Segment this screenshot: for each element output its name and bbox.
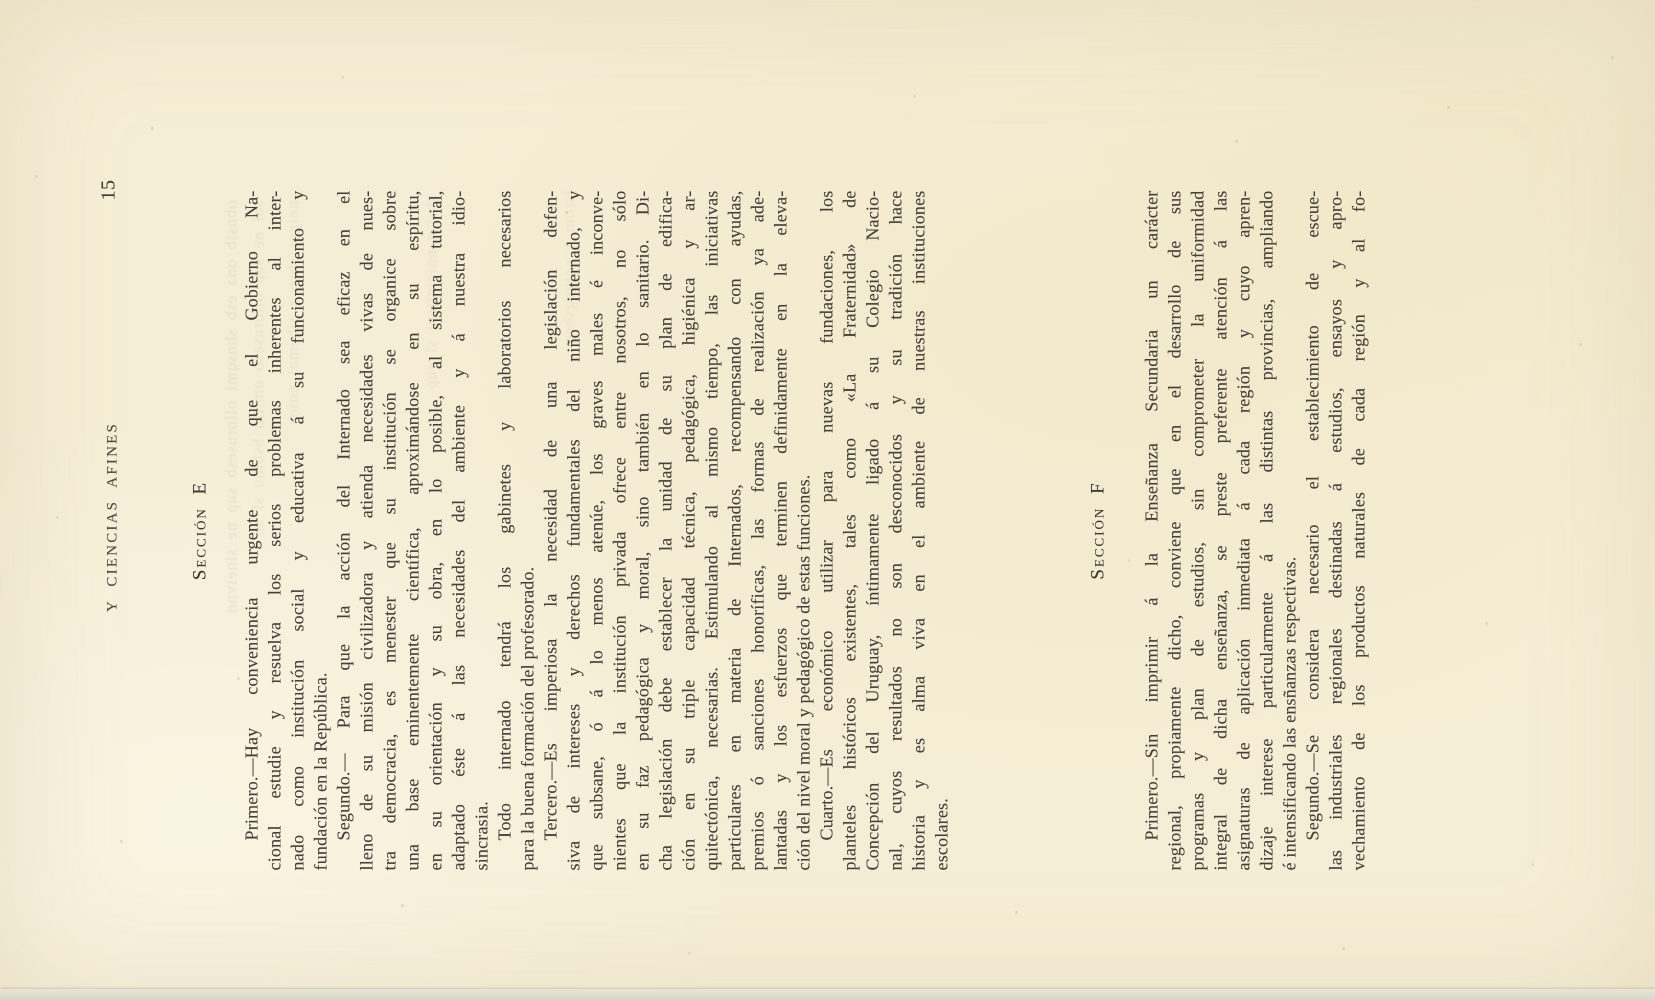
text-line: en su orientación y su obra, en lo posib… xyxy=(424,190,447,870)
scan-edge xyxy=(0,989,1655,1000)
text-line: premios ó sanciones honoríficas, las for… xyxy=(746,190,769,870)
page-number: 15 xyxy=(97,179,120,200)
running-head: Y CIENCIAS AFINES 15 xyxy=(104,185,134,870)
text-line: Segundo.—Se considera necesario el estab… xyxy=(1301,190,1324,870)
text-line: para la buena formación del profesorado. xyxy=(516,190,539,870)
text-line: programas y plan de estudios, sin compro… xyxy=(1186,190,1209,870)
text-line: escolares. xyxy=(930,190,953,870)
section-heading: Sección E xyxy=(188,190,212,870)
text-line: Todo internado tendrá los gabinetes y la… xyxy=(493,190,516,870)
text-line: en su faz pedagógica y moral, sino tambi… xyxy=(631,190,654,870)
text-line: sincrasia. xyxy=(470,190,493,870)
text-line: siva de intereses y derechos fundamental… xyxy=(562,190,585,870)
text-line: historia y es alma viva en el ambiente d… xyxy=(907,190,930,870)
text-line: vechamiento de los productos naturales d… xyxy=(1347,190,1370,870)
text-line: Tercero.—Es imperiosa la necesidad de un… xyxy=(539,190,562,870)
text-line: cional estudie y resuelva los serios pro… xyxy=(263,190,286,870)
text-line: asignaturas de aplicación inmediata á ca… xyxy=(1232,190,1255,870)
text-line: lleno de su misión civilizadora y atiend… xyxy=(355,190,378,870)
book-page: Y CIENCIAS AFINES 15 obnsib ona esb sbns… xyxy=(0,0,1655,1000)
text-line: ción del nivel moral y pedagógico de est… xyxy=(792,190,815,870)
text-line: adaptado éste á las necesidades del ambi… xyxy=(447,190,470,870)
text-line: que subsane, ó á lo menos atenúe, los gr… xyxy=(585,190,608,870)
text-line: particulares en materia de Internados, r… xyxy=(723,190,746,870)
section-body: Primero.—Hay conveniencia urgente de que… xyxy=(240,190,953,870)
section-body: Primero.—Sin imprimir á la Enseñanza Sec… xyxy=(1140,190,1370,870)
text-line: é intensificando las ensñanzas respectiv… xyxy=(1278,190,1301,870)
text-line: Primero.—Sin imprimir á la Enseñanza Sec… xyxy=(1140,190,1163,870)
text-line: nado como institución social y educativa… xyxy=(286,190,309,870)
text-line: fundación en la República. xyxy=(309,190,332,870)
text-line: Primero.—Hay conveniencia urgente de que… xyxy=(240,190,263,870)
section-e: Sección E Primero.—Hay conveniencia urge… xyxy=(188,190,953,870)
text-line: ción en su triple capacidad técnica, ped… xyxy=(677,190,700,870)
text-line: planteles históricos existentes, tales c… xyxy=(838,190,861,870)
running-head-title: Y CIENCIAS AFINES xyxy=(104,185,121,870)
text-line: las industriales regionales destinadas á… xyxy=(1324,190,1347,870)
text-line: una base eminentemente científica, aprox… xyxy=(401,190,424,870)
paper-speckles xyxy=(0,0,1,1)
scanned-page: Y CIENCIAS AFINES 15 obnsib ona esb sbns… xyxy=(0,0,1655,1000)
text-line: lantadas y los esfuerzos que terminen de… xyxy=(769,190,792,870)
text-line: quitectónica, necesarias. Estimulando al… xyxy=(700,190,723,870)
text-line: cha legislación debe establecer la unida… xyxy=(654,190,677,870)
text-line: dizaje interese particularmente á las di… xyxy=(1255,190,1278,870)
section-f: Sección F Primero.—Sin imprimir á la Ens… xyxy=(1086,190,1370,870)
text-line: Cuarto.—Es económico utilizar para nueva… xyxy=(815,190,838,870)
text-line: Segundo.— Para que la acción del Interna… xyxy=(332,190,355,870)
section-heading: Sección F xyxy=(1086,190,1110,870)
text-line: tra democracia, es menester que su insti… xyxy=(378,190,401,870)
text-line: regional, propiamente dicho, conviene qu… xyxy=(1163,190,1186,870)
text-line: Concepción del Uruguay, íntimamente liga… xyxy=(861,190,884,870)
text-line: nal, cuyos resultados no son desconocido… xyxy=(884,190,907,870)
text-line: nientes que la institución privada ofrec… xyxy=(608,190,631,870)
text-line: integral de dicha enseñanza, se preste p… xyxy=(1209,190,1232,870)
